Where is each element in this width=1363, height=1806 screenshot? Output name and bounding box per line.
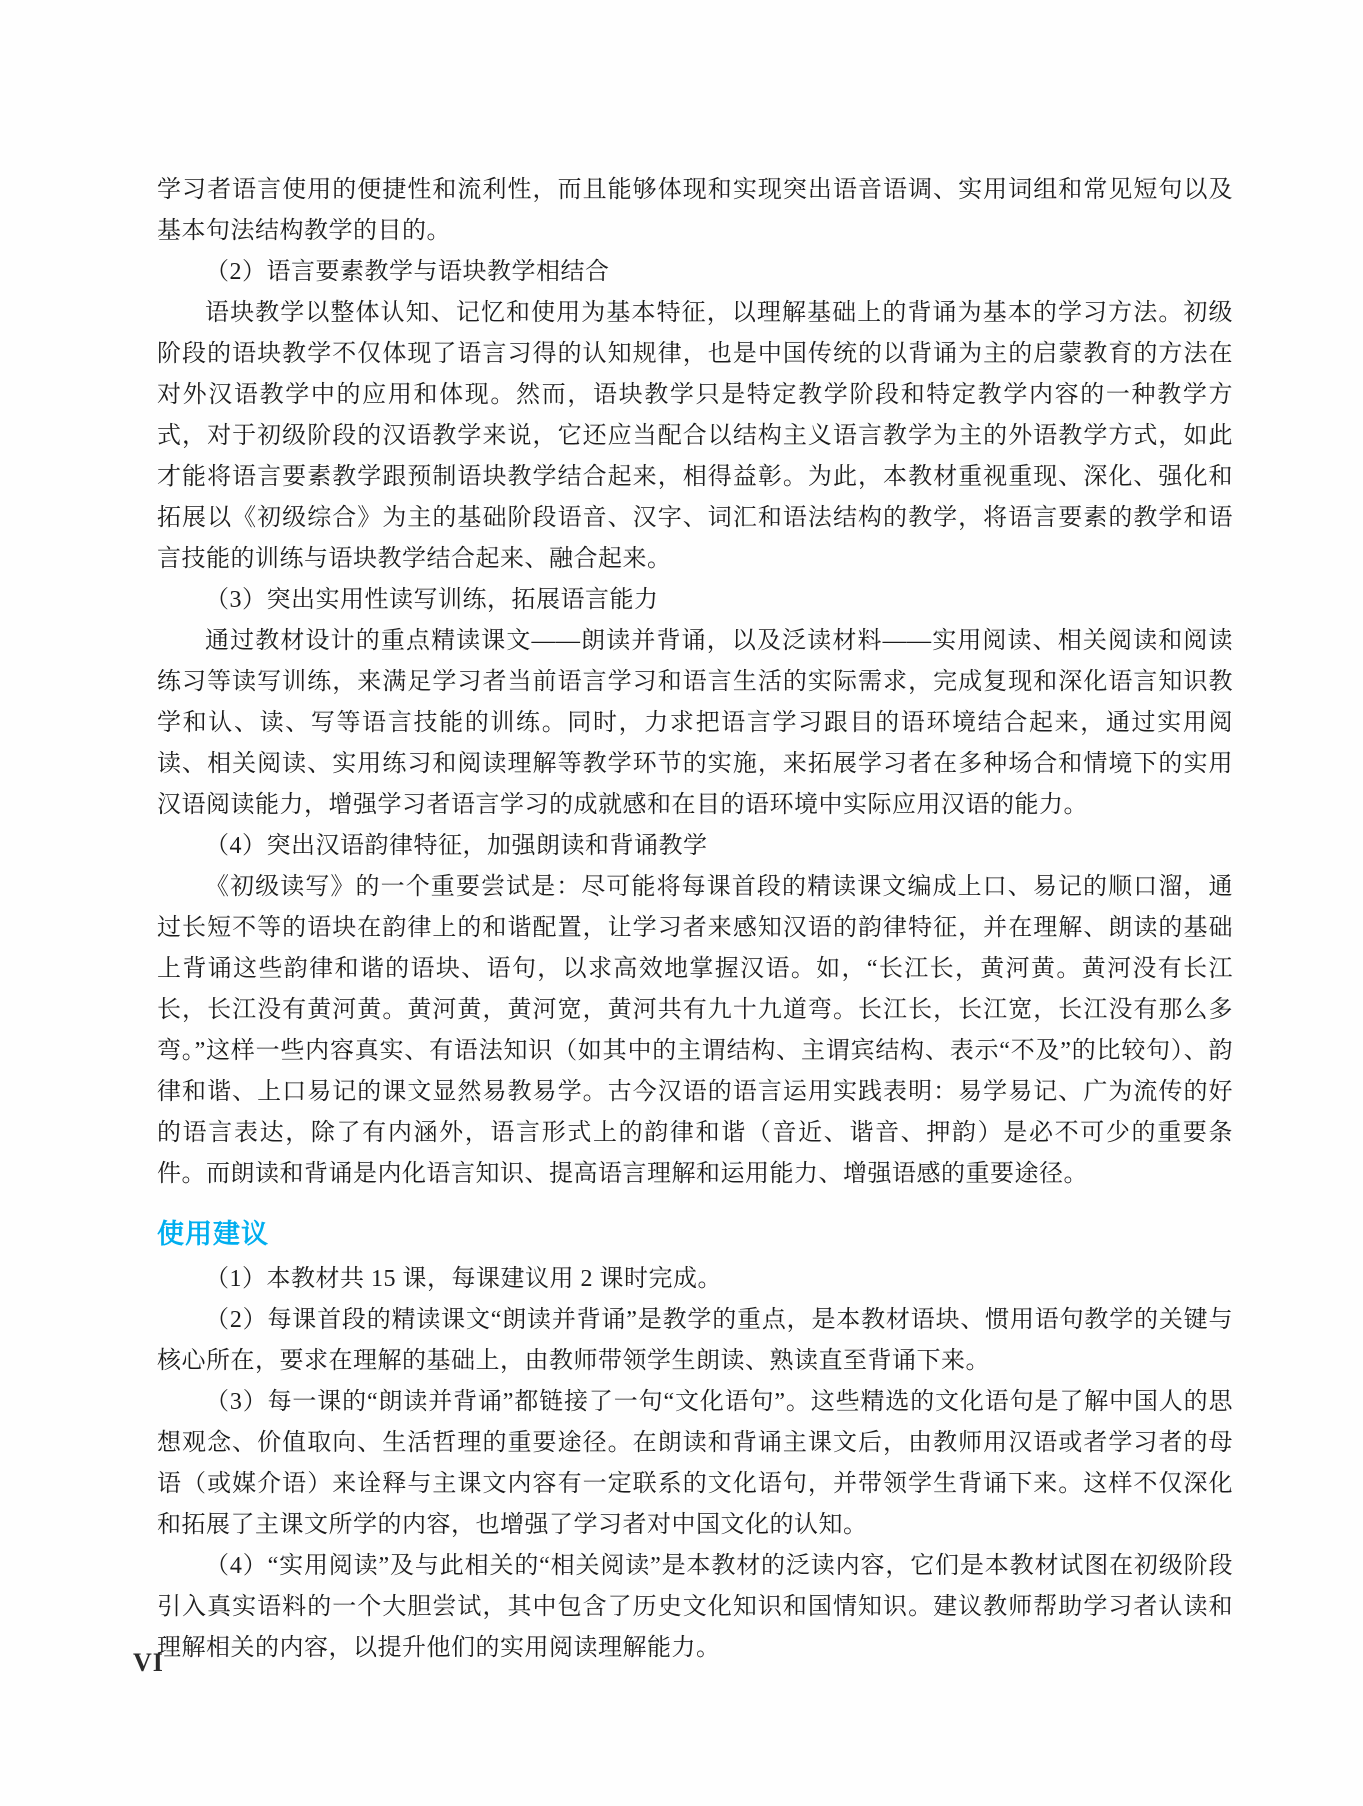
subpoint-2-title: （2）语言要素教学与语块教学相结合 <box>157 252 1233 293</box>
paragraph-chunk-teaching: 语块教学以整体认知、记忆和使用为基本特征，以理解基础上的背诵为基本的学习方法。初… <box>157 293 1233 580</box>
subpoint-3-title: （3）突出实用性读写训练，拓展语言能力 <box>157 580 1233 621</box>
usage-item-4: （4）“实用阅读”及与此相关的“相关阅读”是本教材的泛读内容，它们是本教材试图在… <box>157 1546 1233 1669</box>
usage-item-1: （1）本教材共 15 课，每课建议用 2 课时完成。 <box>157 1259 1233 1300</box>
usage-item-2: （2）每课首段的精读课文“朗读并背诵”是教学的重点，是本教材语块、惯用语句教学的… <box>157 1300 1233 1382</box>
section-heading-usage-suggestions: 使用建议 <box>157 1217 1233 1251</box>
document-page: 学习者语言使用的便捷性和流利性，而且能够体现和实现突出语音语调、实用词组和常见短… <box>0 0 1363 1806</box>
page-number: VI <box>133 1648 164 1678</box>
usage-item-3: （3）每一课的“朗读并背诵”都链接了一句“文化语句”。这些精选的文化语句是了解中… <box>157 1382 1233 1546</box>
subpoint-4-title: （4）突出汉语韵律特征，加强朗读和背诵教学 <box>157 826 1233 867</box>
main-text-column: 学习者语言使用的便捷性和流利性，而且能够体现和实现突出语音语调、实用词组和常见短… <box>157 170 1233 1669</box>
paragraph-rhythm-feature: 《初级读写》的一个重要尝试是：尽可能将每课首段的精读课文编成上口、易记的顺口溜，… <box>157 867 1233 1195</box>
paragraph-continuation: 学习者语言使用的便捷性和流利性，而且能够体现和实现突出语音语调、实用词组和常见短… <box>157 170 1233 252</box>
paragraph-reading-writing: 通过教材设计的重点精读课文——朗读并背诵，以及泛读材料——实用阅读、相关阅读和阅… <box>157 621 1233 826</box>
